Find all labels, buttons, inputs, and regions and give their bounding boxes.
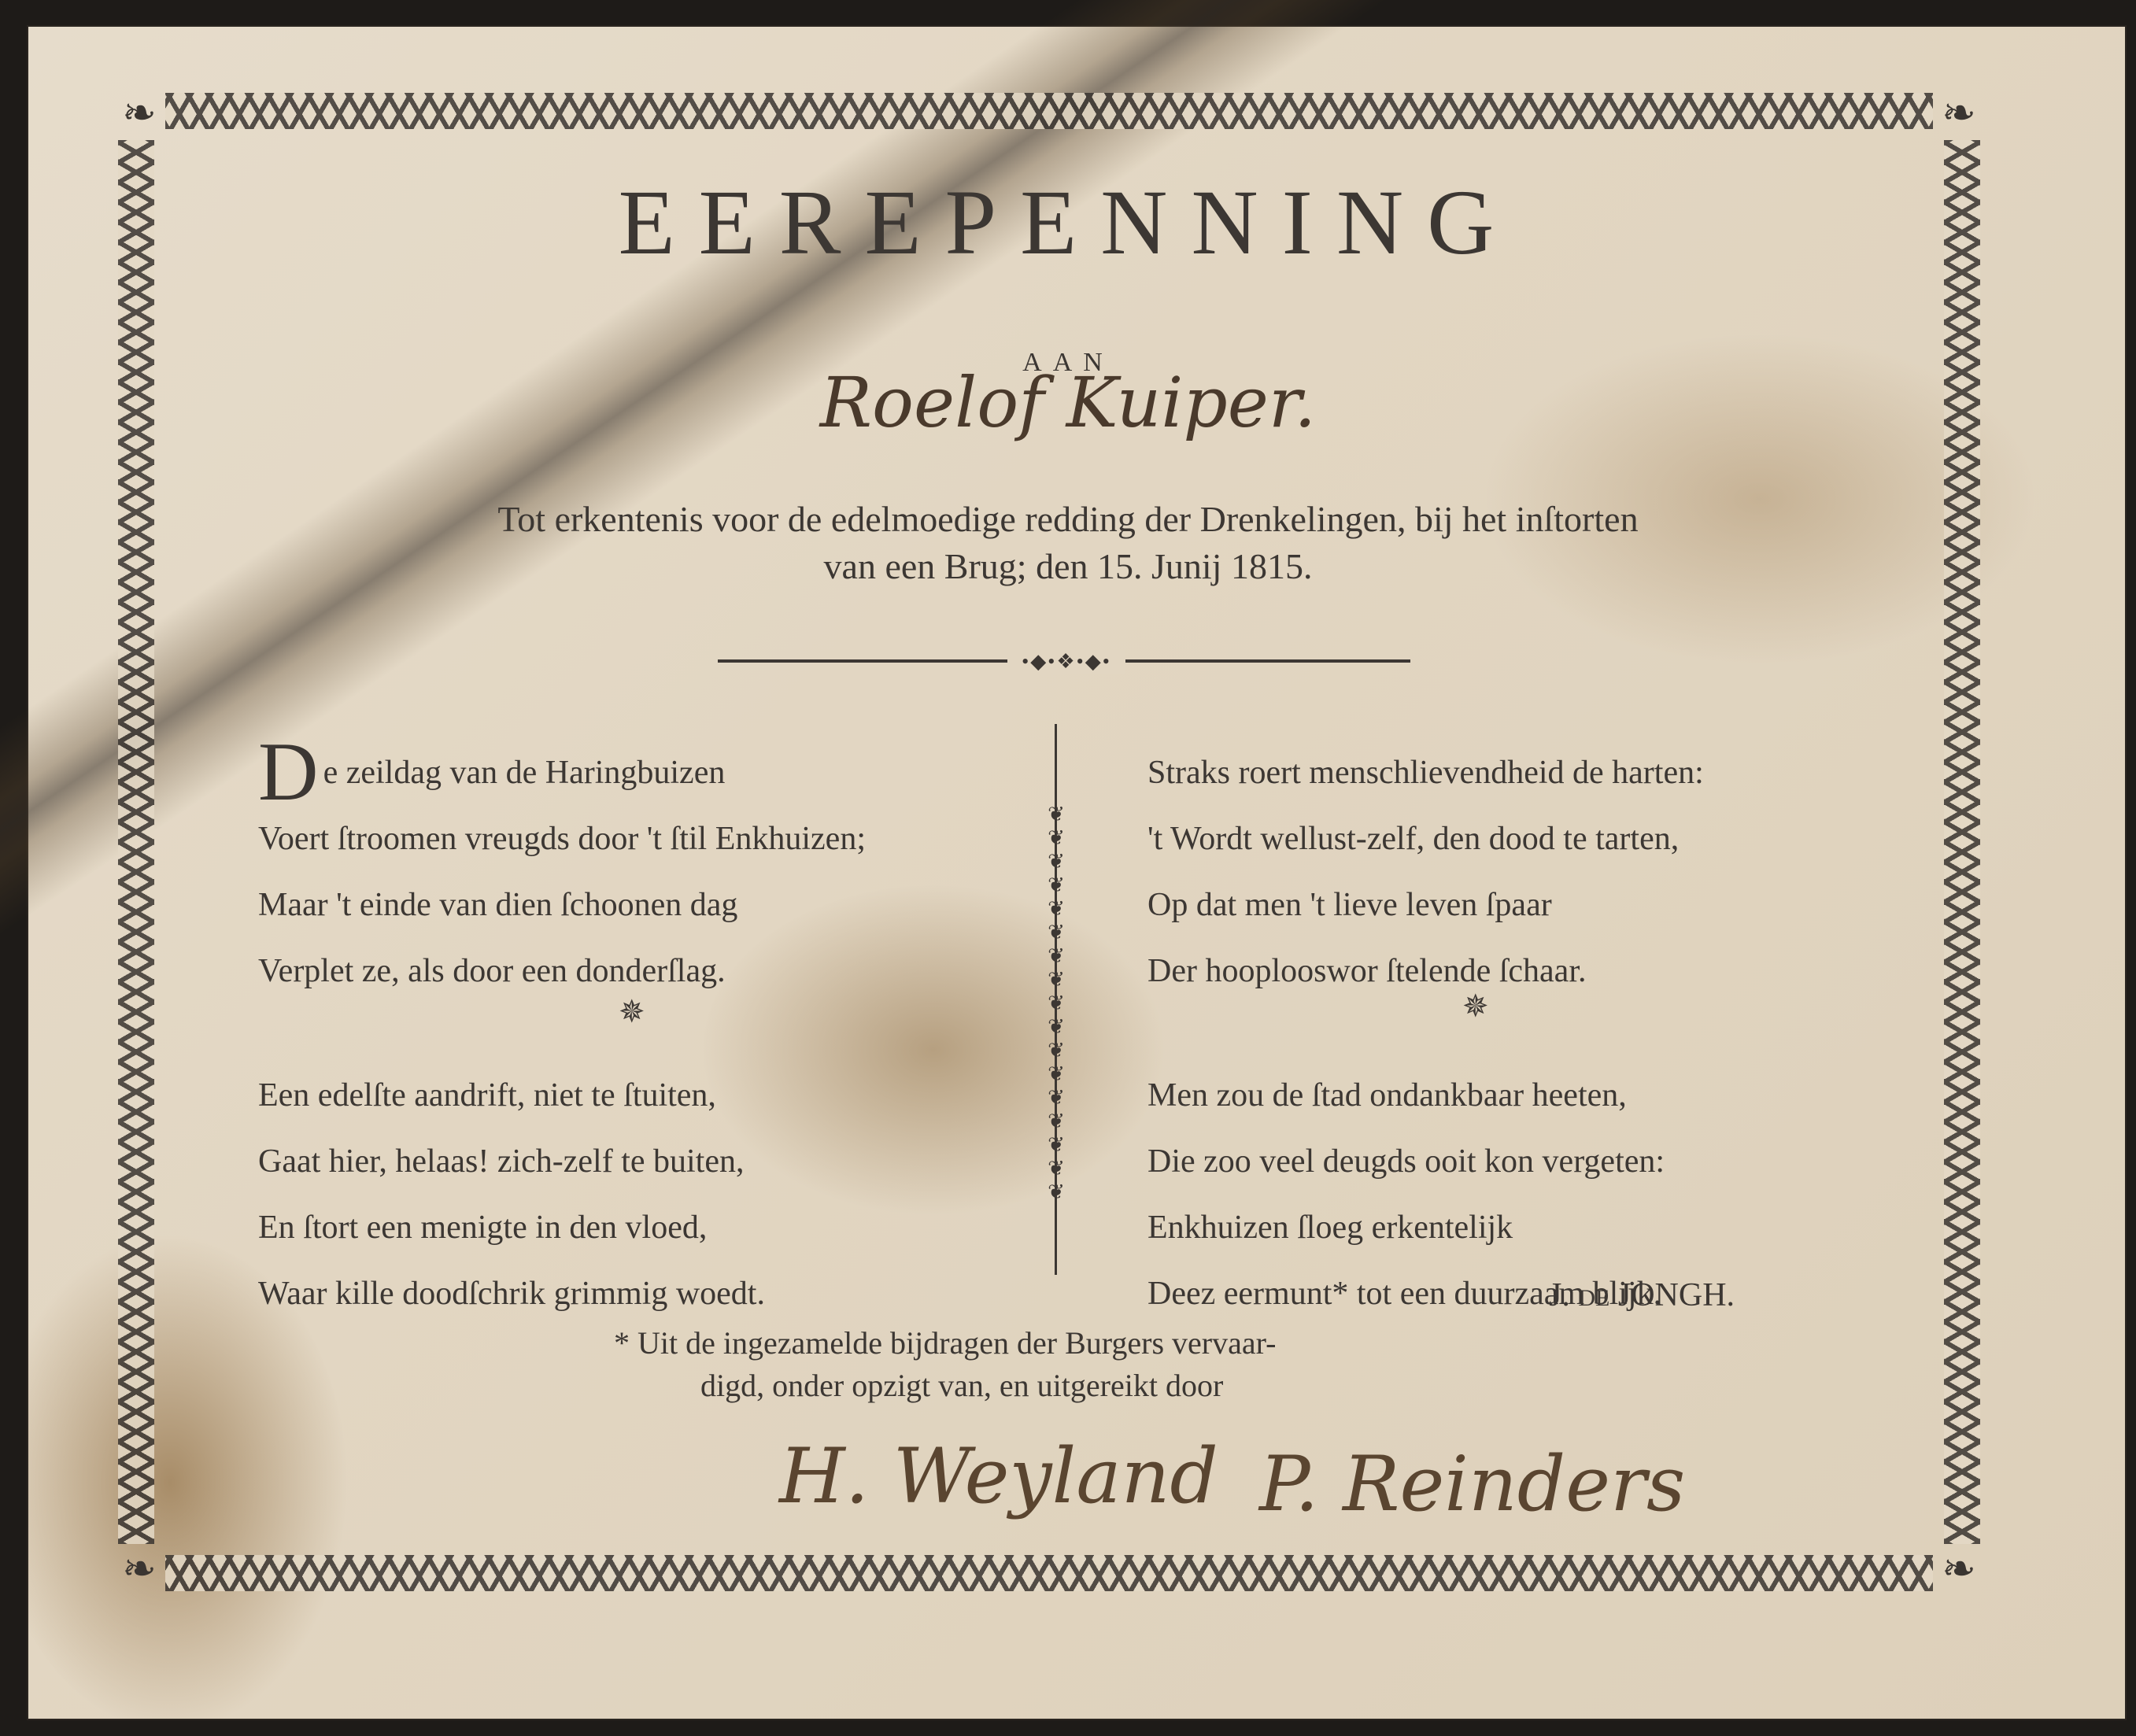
footnote: * Uit de ingezamelde bijdragen der Burge…	[614, 1322, 1276, 1407]
poem-line: En ſtort een menigte in den vloed,	[258, 1195, 765, 1261]
poem-line: Der hooplooswor ſtelende ſchaar.	[1147, 938, 1704, 1004]
poem-right-stanza-1: Straks roert menschlievendheid de harten…	[1147, 740, 1704, 1004]
poem-line: Maar 't einde van dien ſchoonen dag	[258, 872, 866, 938]
poem-line: Een edelſte aandrift, niet te ſtuiten,	[258, 1062, 765, 1128]
poem-line: Gaat hier, helaas! zich-zelf te buiten,	[258, 1128, 765, 1195]
poem-line: Verplet ze, als door een donderſlag.	[258, 938, 866, 1004]
poem-line: Voert ſtroomen vreugds door 't ſtil Enkh…	[258, 806, 866, 872]
poem-left-stanza-2: Een edelſte aandrift, niet te ſtuiten, G…	[258, 1062, 765, 1327]
poem-left-stanza-1: De zeildag van de Haringbuizen Voert ſtr…	[258, 740, 866, 1004]
footnote-line: digd, onder opzigt van, en uitgereikt do…	[614, 1365, 1276, 1407]
poem-line: Op dat men 't lieve leven ſpaar	[1147, 872, 1704, 938]
corner-ornament-icon: ❧	[118, 1549, 161, 1591]
poem-line: 't Wordt wellust-zelf, den dood te tarte…	[1147, 806, 1704, 872]
corner-ornament-icon: ❧	[1938, 1549, 1980, 1591]
star-ornament-icon: ✵	[619, 993, 645, 1030]
recipient-name: Roelof Kuiper.	[0, 362, 2136, 443]
star-ornament-icon: ✵	[1462, 988, 1489, 1025]
poem-line: Enkhuizen ſloeg erkentelijk	[1147, 1195, 1665, 1261]
signature-reinders: P. Reinders	[1259, 1440, 1685, 1528]
poem-line: Die zoo veel deugds ooit kon vergeten:	[1147, 1128, 1665, 1195]
author-credit: J. DE JONGH.	[1549, 1276, 1735, 1314]
border-top	[165, 93, 1933, 129]
poem-line: Waar kille doodſchrik grimmig woedt.	[258, 1261, 765, 1327]
footnote-line: * Uit de ingezamelde bijdragen der Burge…	[614, 1322, 1276, 1365]
poem-line: Men zou de ſtad ondankbaar heeten,	[1147, 1062, 1665, 1128]
border-bottom	[165, 1555, 1933, 1591]
dedication-line: Tot erkentenis voor de edelmoedige reddi…	[0, 496, 2136, 543]
document-title: EEREPENNING	[0, 169, 2136, 276]
corner-ornament-icon: ❧	[1938, 93, 1980, 135]
dedication-line: van een Brug; den 15. Junij 1815.	[0, 543, 2136, 590]
signature-weyland: H. Weyland	[779, 1432, 1218, 1520]
corner-ornament-icon: ❧	[118, 93, 161, 135]
poem-line: De zeildag van de Haringbuizen	[258, 740, 866, 806]
dedication-text: Tot erkentenis voor de edelmoedige reddi…	[0, 496, 2136, 590]
drop-cap: D	[258, 744, 319, 800]
rule-ornament-icon: •◆•❖•◆•	[1007, 650, 1125, 674]
poem-line: Straks roert menschlievendheid de harten…	[1147, 740, 1704, 806]
vine-ornament-icon: ❦❦❦❦❦❦❦❦❦❦❦❦❦❦❦❦❦	[1044, 803, 1068, 1212]
